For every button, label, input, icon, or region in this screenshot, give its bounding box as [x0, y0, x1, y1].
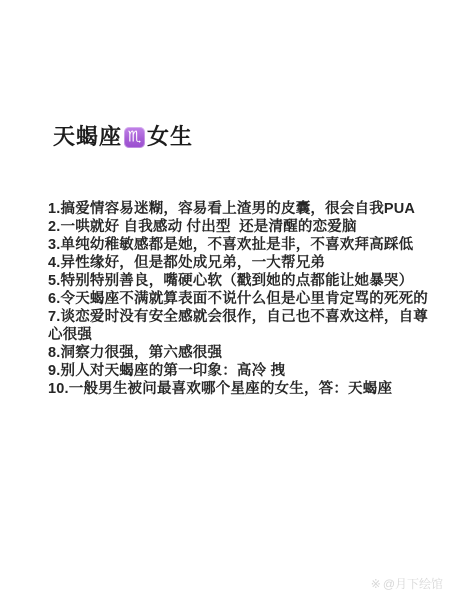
scorpio-glyph: ♏ — [128, 129, 141, 144]
page-title-part2: 女生 — [147, 124, 193, 150]
watermark-text: @月下绘馆 — [383, 577, 443, 591]
list-item: 9.别人对天蝎座的第一印象：高冷 拽 — [48, 362, 438, 380]
scorpio-emoji-icon: ♏ — [124, 127, 145, 148]
list-item: 8.洞察力很强，第六感很强 — [48, 344, 438, 362]
list-item: 2.一哄就好 自我感动 付出型 还是清醒的恋爱脑 — [48, 218, 438, 236]
trait-list: 1.搞爱情容易迷糊，容易看上渣男的皮囊，很会自我PUA 2.一哄就好 自我感动 … — [48, 200, 438, 398]
list-item: 4.异性缘好，但是都处成兄弟，一大帮兄弟 — [48, 254, 438, 272]
list-item: 10.一般男生被问最喜欢哪个星座的女生，答：天蝎座 — [48, 380, 438, 398]
page-title: 天蝎座 ♏ 女生 — [53, 124, 193, 150]
watermark: ※ @月下绘馆 — [371, 577, 443, 591]
list-item: 1.搞爱情容易迷糊，容易看上渣男的皮囊，很会自我PUA — [48, 200, 438, 218]
watermark-flower-icon: ※ — [371, 577, 381, 591]
list-item: 6.令天蝎座不满就算表面不说什么但是心里肯定骂的死死的 — [48, 290, 438, 308]
list-item: 7.谈恋爱时没有安全感就会很作，自己也不喜欢这样，自尊 心很强 — [48, 308, 438, 344]
list-item: 5.特别特别善良，嘴硬心软（戳到她的点都能让她暴哭） — [48, 272, 438, 290]
list-item: 3.单纯幼稚敏感都是她，不喜欢扯是非，不喜欢拜高踩低 — [48, 236, 438, 254]
page-title-part1: 天蝎座 — [53, 124, 122, 150]
